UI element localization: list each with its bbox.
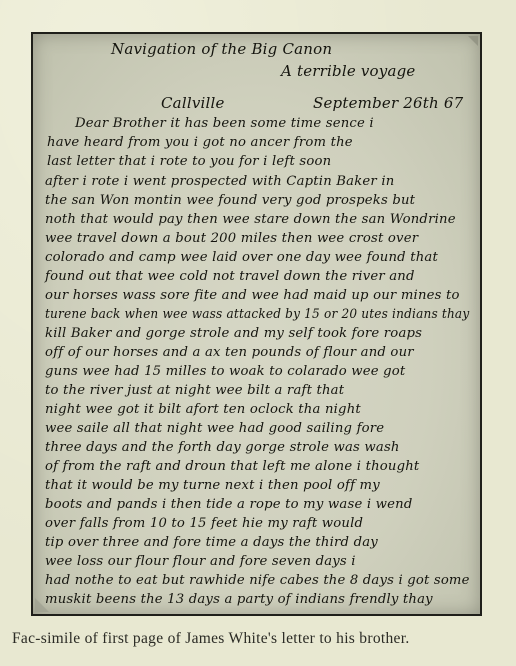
letter-line: three days and the forth day gorge strol…	[45, 440, 400, 455]
letter-line: last letter that i rote to you for i lef…	[47, 154, 331, 169]
letter-line: over falls from 10 to 15 feet hie my raf…	[45, 516, 363, 531]
letter-line: had nothe to eat but rawhide nife cabes …	[45, 573, 470, 588]
letter-line: colorado and camp wee laid over one day …	[45, 250, 438, 265]
book-page: Navigation of the Big Canon A terrible v…	[0, 0, 516, 666]
letter-line: muskit beens the 13 days a party of indi…	[45, 592, 433, 607]
letter-line: boots and pands i then tide a rope to my…	[45, 497, 412, 512]
letter-line: our horses wass sore fite and wee had ma…	[45, 288, 460, 303]
letter-line: the san Won montin wee found very god pr…	[45, 193, 415, 208]
letter-line: tip over three and fore time a days the …	[45, 535, 378, 550]
letter-facsimile-plate: Navigation of the Big Canon A terrible v…	[31, 32, 482, 616]
letter-line: wee saile all that night wee had good sa…	[45, 421, 384, 436]
letter-line: that it would be my turne next i then po…	[45, 478, 380, 493]
letter-line: off of our horses and a ax ten pounds of…	[45, 345, 414, 360]
letter-line: kill Baker and gorge strole and my self …	[45, 326, 422, 341]
letter-line: after i rote i went prospected with Capt…	[45, 174, 394, 189]
letter-line: turene back when wee wass attacked by 15…	[45, 307, 469, 322]
letter-place: Callville	[161, 94, 225, 112]
letter-line: night wee got it bilt afort ten oclock t…	[45, 402, 361, 417]
letter-line: wee loss our flour flour and fore seven …	[45, 554, 356, 569]
letter-line: wee travel down a bout 200 miles then we…	[45, 231, 418, 246]
letter-line: of from the raft and droun that left me …	[45, 459, 419, 474]
letter-line: to the river just at night wee bilt a ra…	[45, 383, 344, 398]
letter-heading-line-1: Navigation of the Big Canon	[111, 40, 332, 58]
photo-corner-top-right	[468, 36, 478, 46]
letter-line: found out that wee cold not travel down …	[45, 269, 415, 284]
letter-heading-line-2: A terrible voyage	[281, 62, 416, 80]
letter-date: September 26th 67	[313, 94, 463, 112]
figure-caption: Fac-simile of first page of James White'…	[12, 630, 410, 648]
letter-line: Dear Brother it has been some time sence…	[75, 116, 374, 131]
letter-line: guns wee had 15 milles to woak to colara…	[45, 364, 405, 379]
letter-line: noth that would pay then wee stare down …	[45, 212, 456, 227]
letter-line: have heard from you i got no ancer from …	[47, 135, 353, 150]
